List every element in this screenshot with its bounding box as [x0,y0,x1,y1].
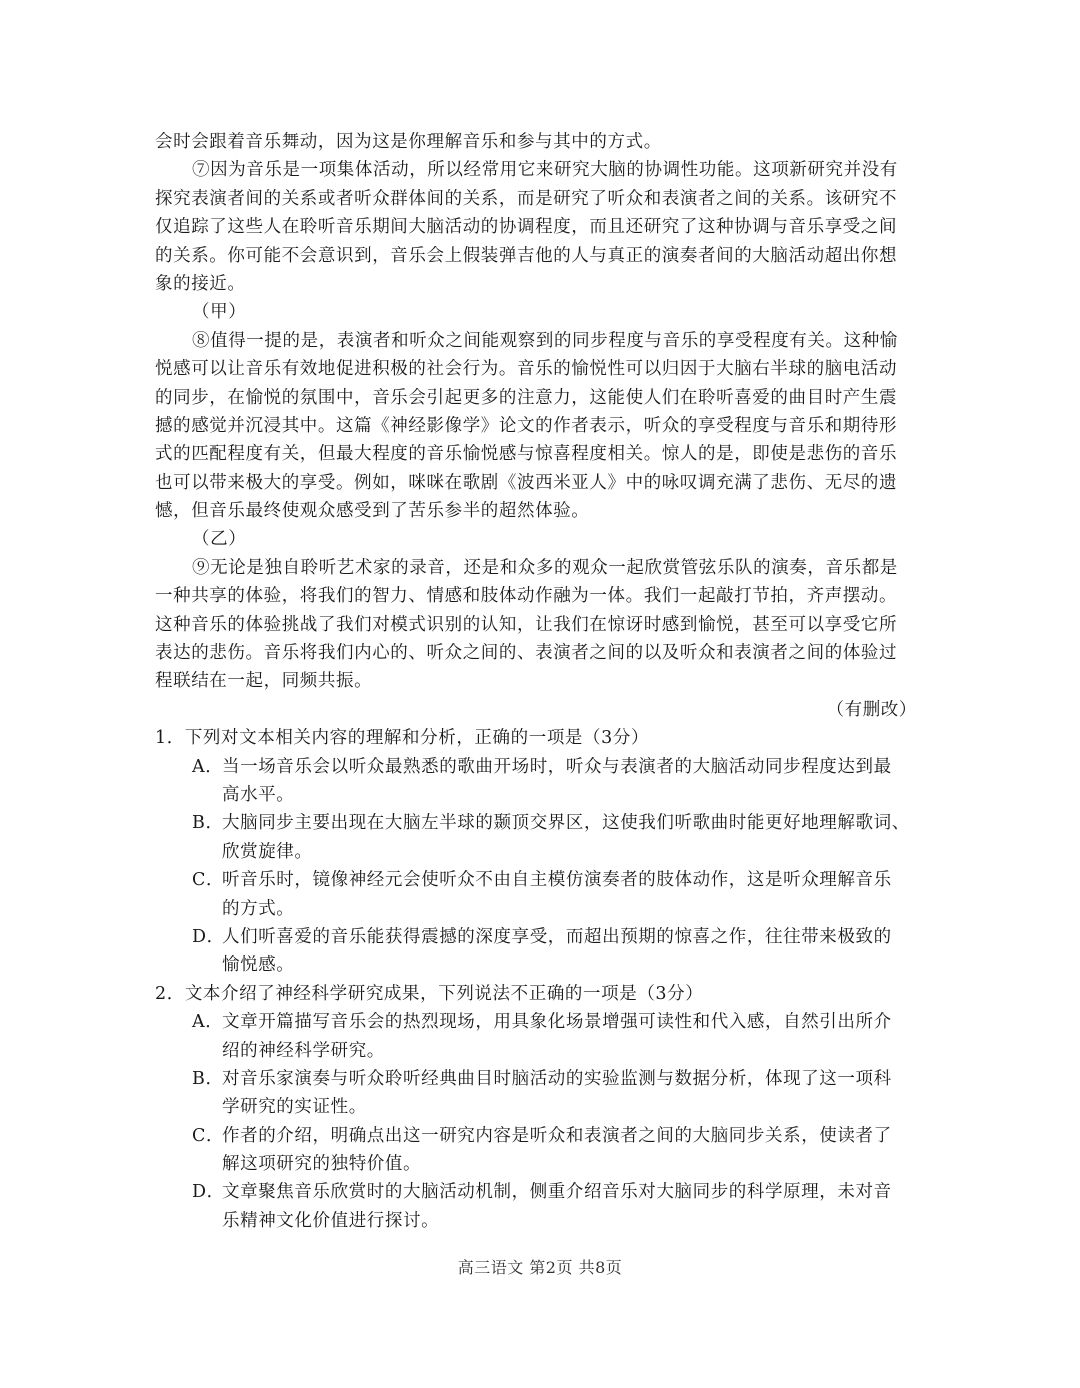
question-1: 1．下列对文本相关内容的理解和分析，正确的一项是（3分） A．当一场音乐会以听众… [155,724,927,980]
option-letter: B． [192,1065,224,1093]
exam-page-content: 会时会跟着音乐舞动，因为这是你理解音乐和参与其中的方式。 ⑦因为音乐是一项集体活… [155,128,927,1235]
passage-line: 表达的悲伤。音乐将我们内心的、听众之间的、表演者之间的以及听众和表演者之间的体验… [155,639,927,667]
question-2: 2．文本介绍了神经科学研究成果，下列说法不正确的一项是（3分） A．文章开篇描写… [155,980,927,1236]
passage-line: ⑦因为音乐是一项集体活动，所以经常用它来研究大脑的协调性功能。这项新研究并没有 [155,156,927,184]
option-text-cont: 学研究的实证性。 [155,1093,927,1121]
passage-line: 会时会跟着音乐舞动，因为这是你理解音乐和参与其中的方式。 [155,128,927,156]
option-text: 文章开篇描写音乐会的热烈现场，用具象化场景增强可读性和代入感，自然引出所介 [222,1012,892,1032]
passage-line: 一种共享的体验，将我们的智力、情感和肢体动作融为一体。我们一起敲打节拍，齐声摆动… [155,582,927,610]
option-c: C．听音乐时，镜像神经元会使听众不由自主模仿演奏者的肢体动作，这是听众理解音乐 … [155,866,927,923]
passage-line: ⑨无论是独自聆听艺术家的录音，还是和众多的观众一起欣赏管弦乐队的演奏，音乐都是 [155,554,927,582]
option-text: 作者的介绍，明确点出这一研究内容是听众和表演者之间的大脑同步关系，使读者了 [222,1126,892,1146]
option-letter: C． [192,866,224,894]
option-letter: A． [192,753,223,781]
option-letter: D． [192,1178,225,1206]
passage-line: 仅追踪了这些人在聆听音乐期间大脑活动的协调程度，而且还研究了这种协调与音乐享受之… [155,213,927,241]
passage-line: 探究表演者间的关系或者听众群体间的关系，而是研究了听众和表演者之间的关系。该研究… [155,185,927,213]
option-letter: D． [192,923,225,951]
question-title: 1．下列对文本相关内容的理解和分析，正确的一项是（3分） [155,724,927,752]
option-letter: B． [192,809,224,837]
passage-line: 悦感可以让音乐有效地促进积极的社会行为。音乐的愉悦性可以归因于大脑右半球的脑电活… [155,355,927,383]
passage-line: ⑧值得一提的是，表演者和听众之间能观察到的同步程度与音乐的享受程度有关。这种愉 [155,327,927,355]
passage-line: 象的接近。 [155,270,927,298]
option-b: B．对音乐家演奏与听众聆听经典曲目时脑活动的实验监测与数据分析，体现了这一项科 … [155,1065,927,1122]
option-text: 当一场音乐会以听众最熟悉的歌曲开场时，听众与表演者的大脑活动同步程度达到最 [222,757,892,777]
passage-line: 的同步，在愉悦的氛围中，音乐会引起更多的注意力，这能使人们在聆听喜爱的曲目时产生… [155,384,927,412]
option-text: 大脑同步主要出现在大脑左半球的颞顶交界区，这使我们听歌曲时能更好地理解歌词、 [222,813,910,833]
option-b: B．大脑同步主要出现在大脑左半球的颞顶交界区，这使我们听歌曲时能更好地理解歌词、… [155,809,927,866]
paragraph-7: ⑦因为音乐是一项集体活动，所以经常用它来研究大脑的协调性功能。这项新研究并没有 … [155,156,927,298]
option-text: 文章聚焦音乐欣赏时的大脑活动机制，侧重介绍音乐对大脑同步的科学原理，未对音 [222,1182,892,1202]
option-letter: C． [192,1122,224,1150]
source-note: （有删改） [155,696,927,724]
option-d: D．人们听喜爱的音乐能获得震撼的深度享受，而超出预期的惊喜之作，往往带来极致的 … [155,923,927,980]
passage-line: 也可以带来极大的享受。例如，咪咪在歌剧《波西米亚人》中的咏叹调充满了悲伤、无尽的… [155,469,927,497]
passage-line: 的关系。你可能不会意识到，音乐会上假装弹吉他的人与真正的演奏者间的大脑活动超出你… [155,242,927,270]
option-letter: A． [192,1008,223,1036]
option-d: D．文章聚焦音乐欣赏时的大脑活动机制，侧重介绍音乐对大脑同步的科学原理，未对音 … [155,1178,927,1235]
option-text-cont: 的方式。 [155,895,927,923]
option-c: C．作者的介绍，明确点出这一研究内容是听众和表演者之间的大脑同步关系，使读者了 … [155,1122,927,1179]
paragraph-8: ⑧值得一提的是，表演者和听众之间能观察到的同步程度与音乐的享受程度有关。这种愉 … [155,327,927,526]
option-text: 人们听喜爱的音乐能获得震撼的深度享受，而超出预期的惊喜之作，往往带来极致的 [222,927,892,947]
option-a: A．文章开篇描写音乐会的热烈现场，用具象化场景增强可读性和代入感，自然引出所介 … [155,1008,927,1065]
passage-line: 式的匹配程度有关，但最大程度的音乐愉悦感与惊喜程度相关。惊人的是，即使是悲伤的音… [155,440,927,468]
passage-line: 这种音乐的体验挑战了我们对模式识别的认知，让我们在惊讶时感到愉悦，甚至可以享受它… [155,611,927,639]
passage-line: 憾，但音乐最终使观众感受到了苦乐参半的超然体验。 [155,497,927,525]
option-text-cont: 乐精神文化价值进行探讨。 [155,1207,927,1235]
option-a: A．当一场音乐会以听众最熟悉的歌曲开场时，听众与表演者的大脑活动同步程度达到最 … [155,753,927,810]
option-text-cont: 解这项研究的独特价值。 [155,1150,927,1178]
paragraph-9: ⑨无论是独自聆听艺术家的录音，还是和众多的观众一起欣赏管弦乐队的演奏，音乐都是 … [155,554,927,696]
question-title: 2．文本介绍了神经科学研究成果，下列说法不正确的一项是（3分） [155,980,927,1008]
page-footer: 高三语文 第2页 共8页 [0,1255,1080,1278]
option-text-cont: 高水平。 [155,781,927,809]
passage-line: 撼的感觉并沉浸其中。这篇《神经影像学》论文的作者表示，听众的享受程度与音乐和期待… [155,412,927,440]
marker-yi: （乙） [155,525,927,553]
option-text-cont: 欣赏旋律。 [155,838,927,866]
passage-line: 程联结在一起，同频共振。 [155,667,927,695]
option-text-cont: 绍的神经科学研究。 [155,1037,927,1065]
option-text-cont: 愉悦感。 [155,951,927,979]
option-text: 对音乐家演奏与听众聆听经典曲目时脑活动的实验监测与数据分析，体现了这一项科 [222,1069,892,1089]
marker-jia: （甲） [155,298,927,326]
option-text: 听音乐时，镜像神经元会使听众不由自主模仿演奏者的肢体动作，这是听众理解音乐 [222,870,892,890]
